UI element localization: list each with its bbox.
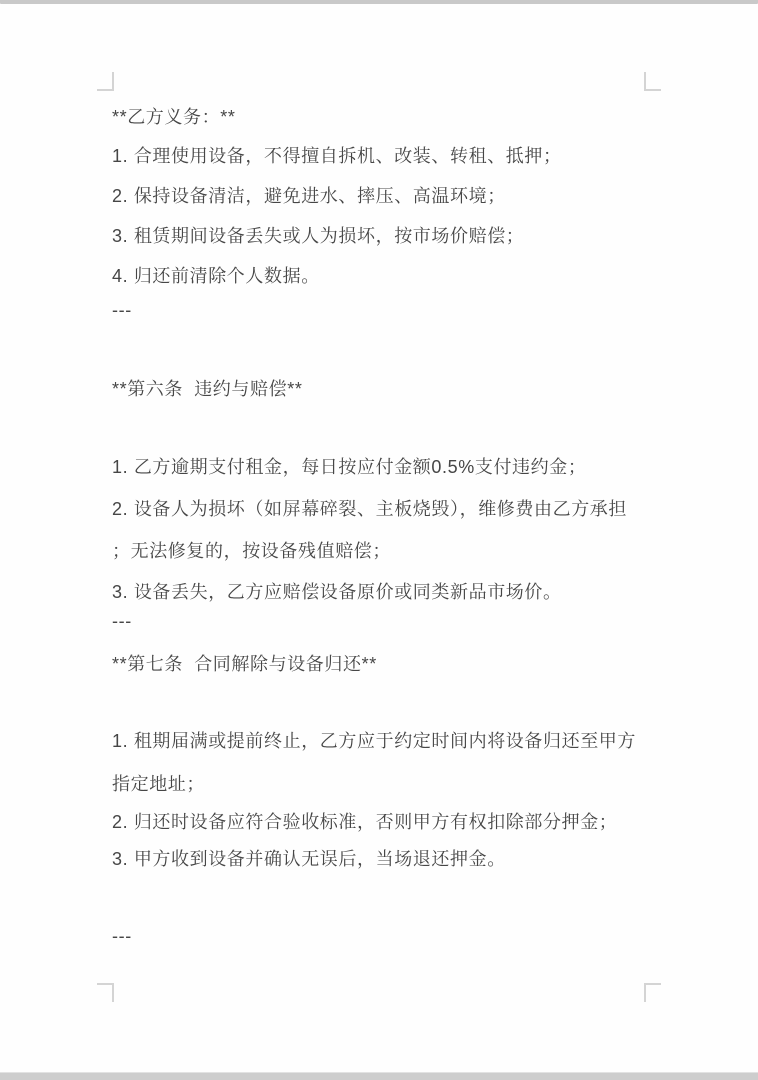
doc-line-heading-article-6: **第六条 违约与赔偿** bbox=[112, 377, 652, 401]
margin-crop-mark-bottom-right-icon bbox=[644, 983, 661, 1002]
doc-line-list-item-continuation: ；无法修复的，按设备残值赔偿； bbox=[112, 539, 652, 563]
doc-line-list-item-continuation: 指定地址； bbox=[112, 772, 652, 796]
doc-line-list-item: 2. 归还时设备应符合验收标准，否则甲方有权扣除部分押金； bbox=[112, 810, 652, 834]
margin-crop-mark-bottom-left-icon bbox=[97, 983, 114, 1002]
page-top-edge bbox=[0, 0, 758, 4]
doc-line-list-item: 2. 保持设备清洁，避免进水、摔压、高温环境； bbox=[112, 184, 652, 208]
doc-line-list-item: 2. 设备人为损坏（如屏幕碎裂、主板烧毁），维修费由乙方承担 bbox=[112, 497, 652, 521]
doc-line-divider: --- bbox=[112, 298, 652, 322]
doc-line-list-item: 4. 归还前清除个人数据。 bbox=[112, 264, 652, 288]
doc-line-list-item: 3. 租赁期间设备丢失或人为损坏，按市场价赔偿； bbox=[112, 224, 652, 248]
doc-line-list-item: 3. 甲方收到设备并确认无误后，当场退还押金。 bbox=[112, 847, 652, 871]
page-bottom-edge bbox=[0, 1072, 758, 1080]
doc-line-list-item: 3. 设备丢失，乙方应赔偿设备原价或同类新品市场价。 bbox=[112, 580, 652, 604]
document-page: **乙方义务：** 1. 合理使用设备，不得擅自拆机、改装、转租、抵押； 2. … bbox=[0, 0, 758, 1080]
doc-line-list-item: 1. 租期届满或提前终止，乙方应于约定时间内将设备归还至甲方 bbox=[112, 729, 652, 753]
doc-line-heading-party-b-obligations: **乙方义务：** bbox=[112, 105, 652, 129]
doc-line-divider: --- bbox=[112, 924, 652, 948]
doc-line-divider: --- bbox=[112, 609, 652, 633]
margin-crop-mark-top-left-icon bbox=[97, 72, 114, 91]
doc-line-heading-article-7: **第七条 合同解除与设备归还** bbox=[112, 652, 652, 676]
doc-line-list-item: 1. 乙方逾期支付租金，每日按应付金额0.5%支付违约金； bbox=[112, 455, 652, 479]
margin-crop-mark-top-right-icon bbox=[644, 72, 661, 91]
doc-line-list-item: 1. 合理使用设备，不得擅自拆机、改装、转租、抵押； bbox=[112, 144, 652, 168]
